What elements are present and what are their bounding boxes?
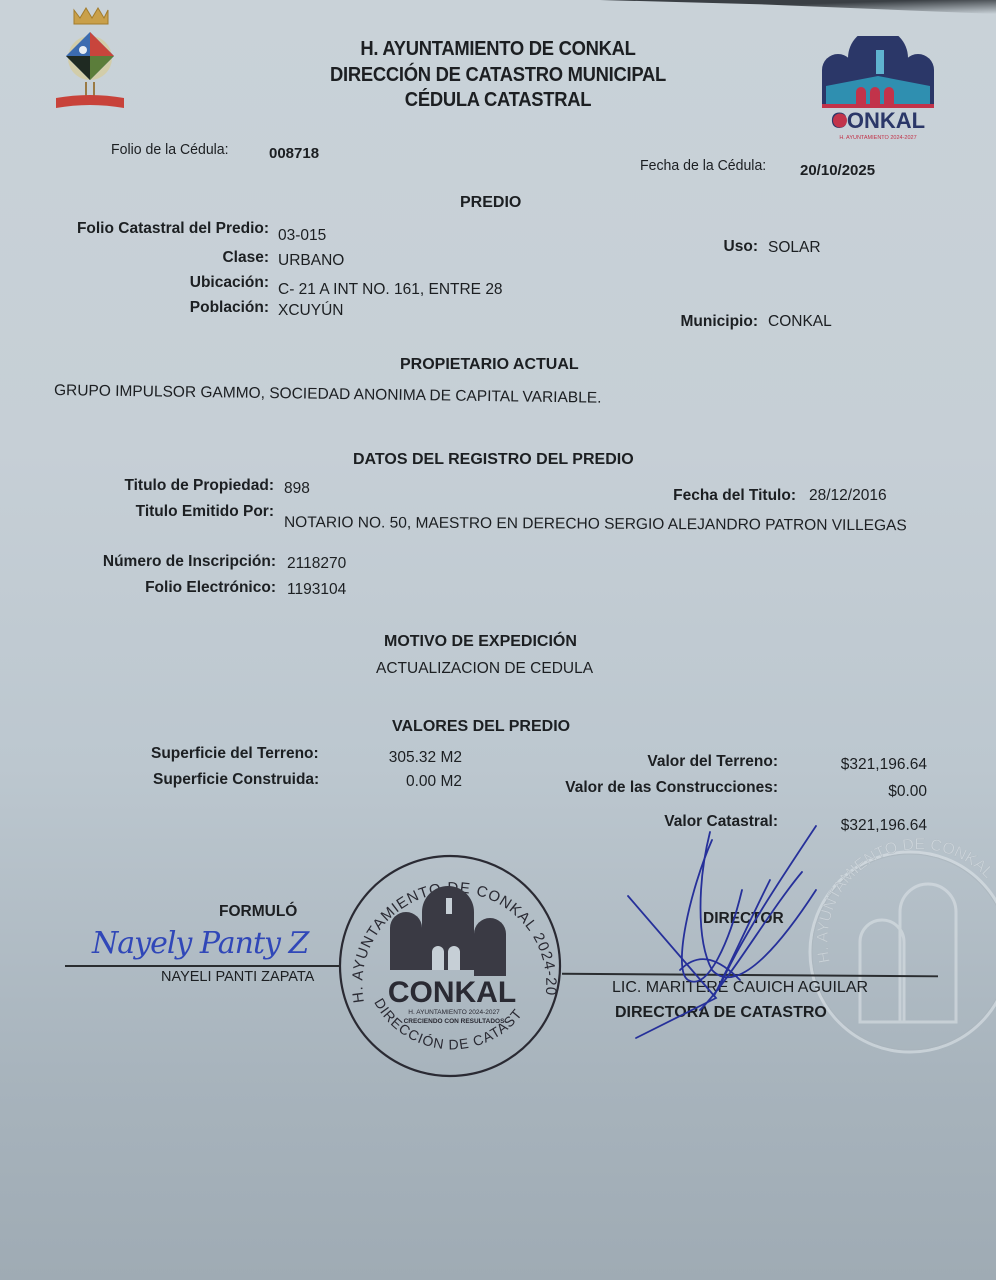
svg-text:H. AYUNTAMIENTO 2024-2027: H. AYUNTAMIENTO 2024-2027 <box>408 1009 500 1016</box>
titulo-emitido-label: Titulo Emitido Por: <box>0 503 274 521</box>
folio-electronico-label: Folio Electrónico: <box>0 579 276 597</box>
uso-value: SOLAR <box>768 239 821 257</box>
fecha-titulo-value: 28/12/2016 <box>809 487 887 505</box>
poblacion-label: Población: <box>0 299 269 317</box>
formulo-signature: Nayely Panty Z <box>92 926 308 961</box>
director-name: LIC. MARITERE CAUICH AGUILAR <box>612 979 868 997</box>
numero-inscripcion-label: Número de Inscripción: <box>0 553 276 571</box>
folio-cedula-label: Folio de la Cédula: <box>111 141 229 158</box>
valor-terreno-value: $321,196.64 <box>800 756 927 774</box>
section-valores: VALORES DEL PREDIO <box>392 718 570 736</box>
numero-inscripcion-value: 2118270 <box>287 555 346 573</box>
fecha-titulo-label: Fecha del Titulo: <box>560 487 796 505</box>
formulo-name: NAYELI PANTI ZAPATA <box>161 969 314 985</box>
folio-catastral-label: Folio Catastral del Predio: <box>0 220 269 238</box>
svg-text:H. AYUNTAMIENTO 2024-2027: H. AYUNTAMIENTO 2024-2027 <box>839 135 916 141</box>
sup-construida-label: Superficie Construida: <box>153 771 319 789</box>
sup-terreno-label: Superficie del Terreno: <box>151 745 319 763</box>
director-label: DIRECTOR <box>703 910 784 928</box>
valor-catastral-label: Valor Catastral: <box>520 813 778 831</box>
sup-terreno-value: 305.32 M2 <box>330 749 462 767</box>
section-motivo: MOTIVO DE EXPEDICIÓN <box>384 633 577 651</box>
valor-terreno-label: Valor del Terreno: <box>520 753 778 771</box>
svg-text:H. AYUNTAMIENTO DE CONKAL 2024: H. AYUNTAMIENTO DE CONKAL 2024-2027 <box>790 822 996 964</box>
uso-label: Uso: <box>600 238 758 256</box>
fecha-cedula-value: 20/10/2025 <box>800 162 875 179</box>
emboss-seal-icon: H. AYUNTAMIENTO DE CONKAL 2024-2027 <box>790 822 996 1072</box>
sup-construida-value: 0.00 M2 <box>330 773 462 791</box>
ubicacion-label: Ubicación: <box>0 274 269 292</box>
catastro-stamp-icon: H. AYUNTAMIENTO DE CONKAL 2024-2027 DIRE… <box>334 852 566 1082</box>
poblacion-value: XCUYÚN <box>278 302 343 320</box>
director-title: DIRECTORA DE CATASTRO <box>615 1004 827 1022</box>
titulo-emitido-value: NOTARIO NO. 50, MAESTRO EN DERECHO SERGI… <box>284 514 907 535</box>
clase-value: URBANO <box>278 252 344 270</box>
municipio-value: CONKAL <box>768 313 832 331</box>
svg-text:CONKAL: CONKAL <box>388 976 516 1009</box>
fecha-cedula-label: Fecha de la Cédula: <box>640 157 766 174</box>
formulo-signature-line <box>65 965 340 967</box>
municipio-label: Municipio: <box>600 313 758 331</box>
folio-electronico-value: 1193104 <box>287 581 346 599</box>
titulo-propiedad-label: Titulo de Propiedad: <box>0 477 274 495</box>
section-propietario: PROPIETARIO ACTUAL <box>400 356 579 374</box>
valor-construcciones-label: Valor de las Construcciones: <box>520 779 778 797</box>
conkal-logo-icon: CONKAL H. AYUNTAMIENTO 2024-2027 <box>818 36 938 144</box>
titulo-propiedad-value: 898 <box>284 480 310 498</box>
svg-text:CRECIENDO CON RESULTADOS: CRECIENDO CON RESULTADOS <box>404 1018 506 1025</box>
ubicacion-value: C- 21 A INT NO. 161, ENTRE 28 <box>278 281 503 299</box>
section-registro: DATOS DEL REGISTRO DEL PREDIO <box>353 451 634 469</box>
folio-catastral-value: 03-015 <box>278 227 326 245</box>
clase-label: Clase: <box>0 249 269 267</box>
section-predio: PREDIO <box>460 194 521 212</box>
formulo-label: FORMULÓ <box>219 903 297 921</box>
motivo-value: ACTUALIZACION DE CEDULA <box>376 660 593 678</box>
photo-edge-shadow <box>600 0 996 14</box>
folio-cedula-value: 008718 <box>269 145 319 162</box>
propietario-value: GRUPO IMPULSOR GAMMO, SOCIEDAD ANONIMA D… <box>54 382 602 408</box>
valor-construcciones-value: $0.00 <box>800 783 927 801</box>
